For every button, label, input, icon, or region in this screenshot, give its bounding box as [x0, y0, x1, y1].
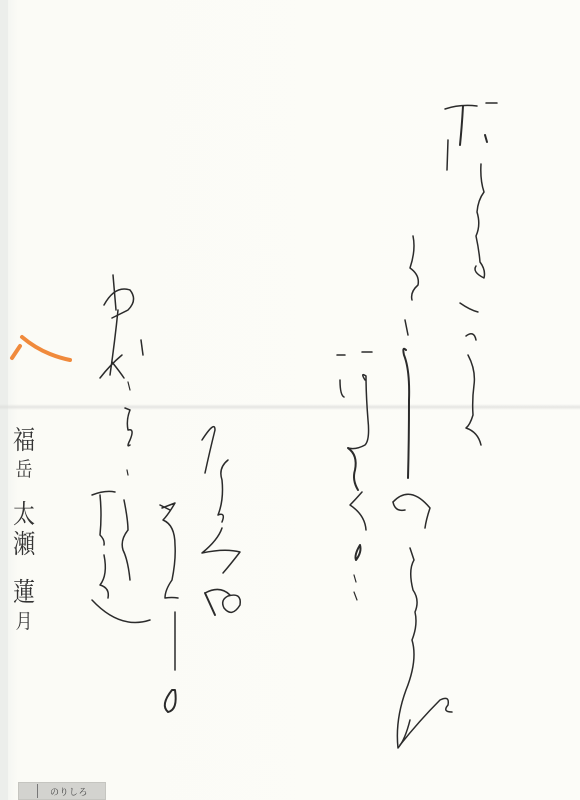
signature-char: 瀬 [13, 530, 35, 560]
poem-column-3 [337, 352, 372, 600]
poem-column-4 [202, 427, 240, 615]
poem-column-2 [393, 236, 452, 748]
scanned-page: 福 岳 太 瀬 蓮 月 のりしろ [0, 0, 580, 800]
glue-margin-label: のりしろ [50, 785, 88, 798]
poem-column-6 [92, 275, 170, 623]
signature-char: 太 [13, 500, 35, 530]
signature-column: 福 岳 太 瀬 蓮 月 [6, 426, 42, 634]
tab-divider [37, 784, 38, 798]
orange-number-mark [0, 330, 100, 380]
poem-column-5 [162, 503, 178, 712]
signature-char: 蓮 [13, 578, 35, 608]
glue-margin-tab: のりしろ [18, 782, 106, 800]
signature-char: 岳 [16, 456, 33, 482]
calligraphy-ink [0, 0, 580, 800]
poem-column-1 [445, 103, 497, 445]
signature-char: 福 [13, 426, 35, 456]
signature-char: 月 [16, 608, 33, 634]
